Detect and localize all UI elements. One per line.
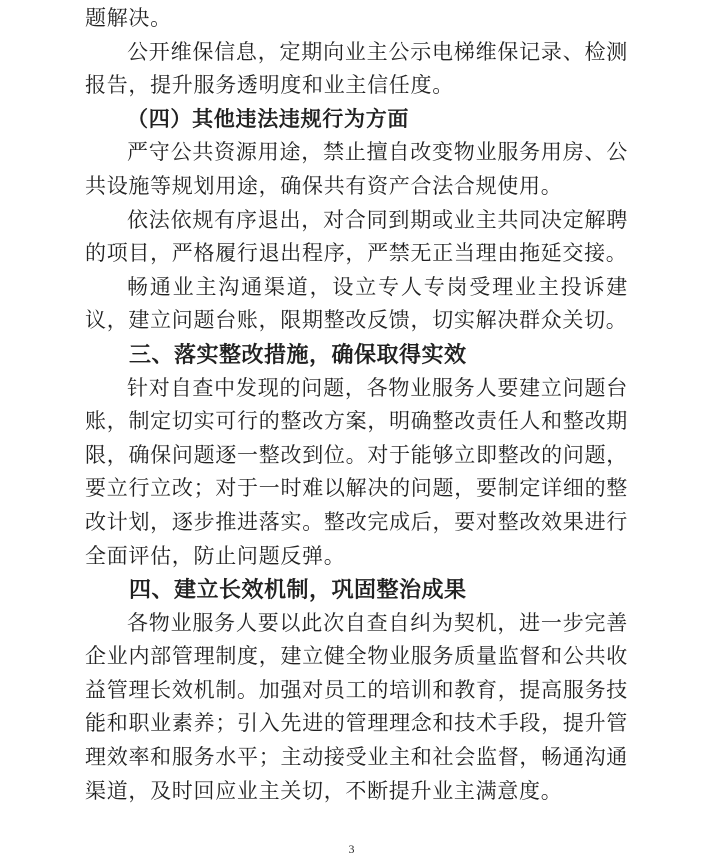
body-paragraph: 针对自查中发现的问题，各物业服务人要建立问题台账，制定切实可行的整改方案，明确整…: [85, 372, 628, 574]
body-paragraph: 畅通业主沟通渠道，设立专人专岗受理业主投诉建议，建立问题台账，限期整改反馈，切实…: [85, 271, 628, 338]
body-paragraph: 依法依规有序退出，对合同到期或业主共同决定解聘的项目，严格履行退出程序，严禁无正…: [85, 204, 628, 271]
document-page: 题解决。公开维保信息，定期向业主公示电梯维保记录、检测报告，提升服务透明度和业主…: [0, 0, 703, 861]
body-paragraph: 各物业服务人要以此次自查自纠为契机，进一步完善企业内部管理制度，建立健全物业服务…: [85, 607, 628, 809]
page-content: 题解决。公开维保信息，定期向业主公示电梯维保记录、检测报告，提升服务透明度和业主…: [85, 2, 628, 808]
body-paragraph: 严守公共资源用途，禁止擅自改变物业服务用房、公共设施等规划用途，确保共有资产合法…: [85, 136, 628, 203]
page-number: 3: [0, 842, 703, 856]
section-heading: 三、落实整改措施，确保取得实效: [85, 338, 628, 372]
body-paragraph: 公开维保信息，定期向业主公示电梯维保记录、检测报告，提升服务透明度和业主信任度。: [85, 36, 628, 103]
section-heading: 四、建立长效机制，巩固整治成果: [85, 573, 628, 607]
subsection-heading: （四）其他违法违规行为方面: [85, 103, 628, 137]
body-paragraph: 题解决。: [85, 2, 628, 36]
